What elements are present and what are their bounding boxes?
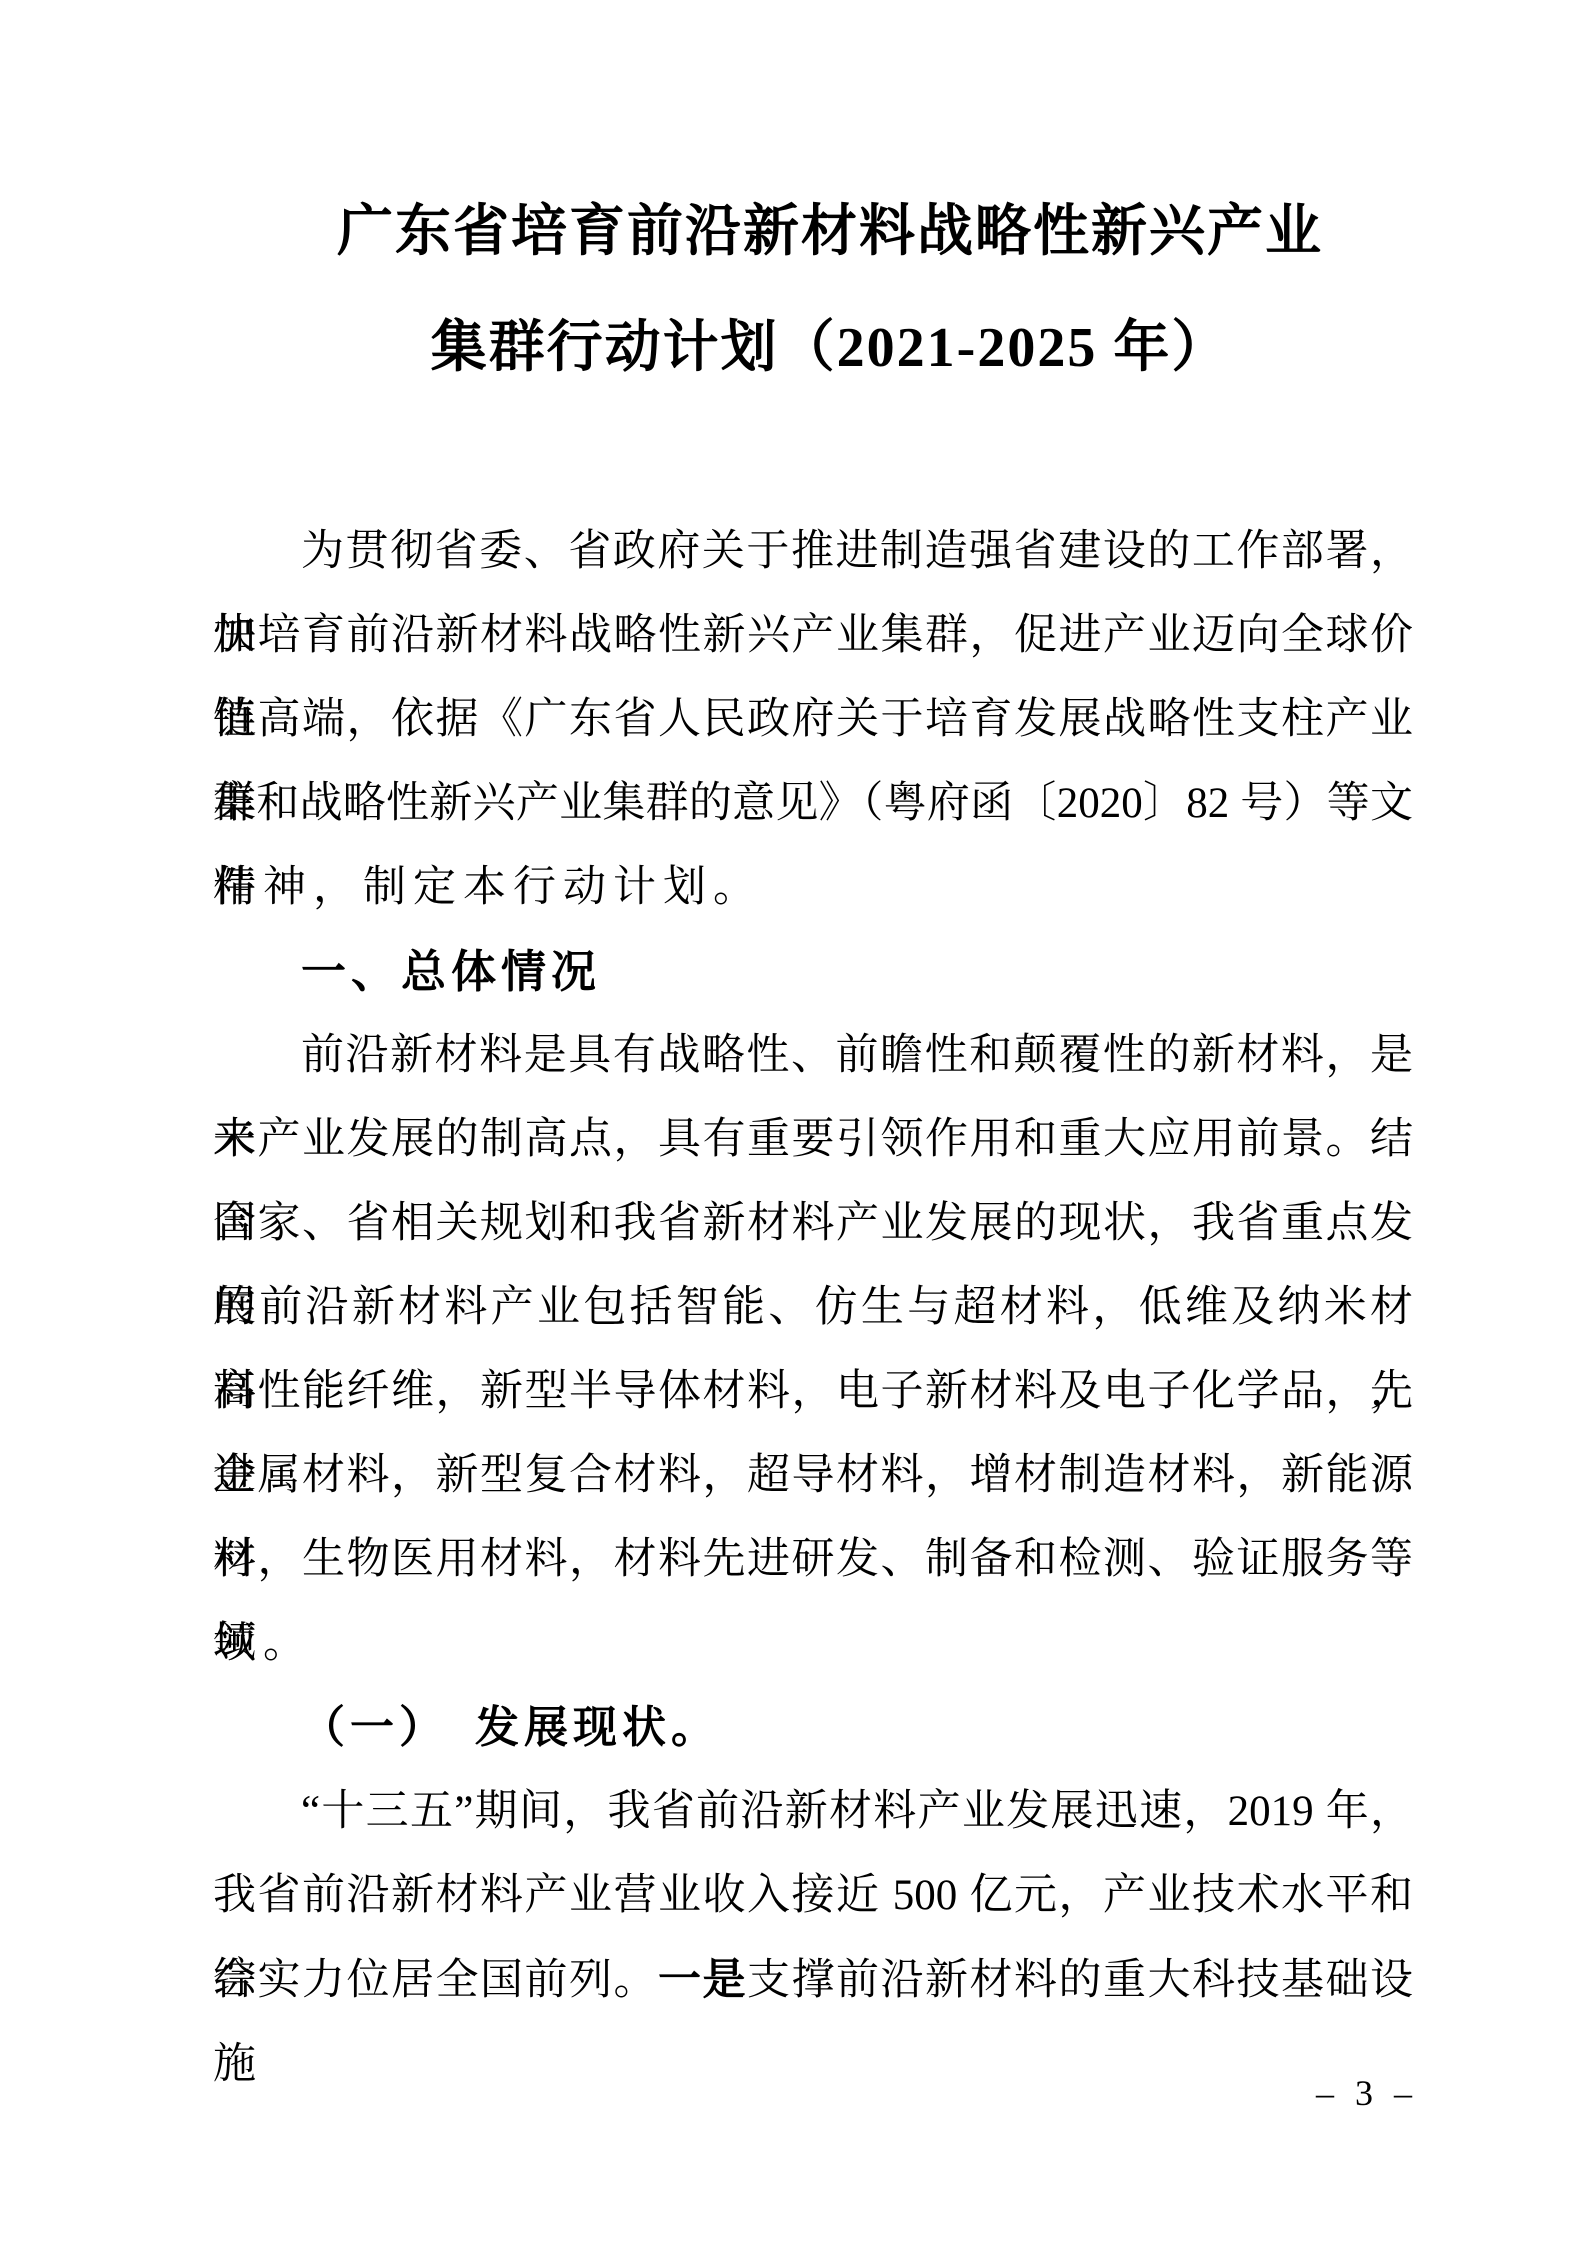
body-line-bold-segment: 一是 <box>658 1955 747 2005</box>
body-line: 高性能纤维，新型半导体材料，电子新材料及电子化学品，先进 <box>213 1350 1413 1434</box>
body-line: 链高端，依据《广东省人民政府关于培育发展战略性支柱产业集 <box>213 678 1413 762</box>
body-line: 为贯彻省委、省政府关于推进制造强省建设的工作部署，加 <box>213 510 1413 594</box>
document-title: 广东省培育前沿新材料战略性新兴产业 集群行动计划（2021-2025 年） <box>230 174 1430 406</box>
body-line: 快培育前沿新材料战略性新兴产业集群，促进产业迈向全球价值 <box>213 594 1413 678</box>
subsection-heading-development-status: （一） 发展现状。 <box>213 1686 1413 1770</box>
body-line: 金属材料，新型复合材料，超导材料，增材制造材料，新能源材 <box>213 1434 1413 1518</box>
title-line-2: 集群行动计划（2021-2025 年） <box>230 290 1430 406</box>
body-line: 合实力位居全国前列。一是支撑前沿新材料的重大科技基础设施 <box>213 1938 1413 2022</box>
section-heading-overall-situation: 一、总体情况 <box>213 930 1413 1014</box>
body-line: 国家、省相关规划和我省新材料产业发展的现状，我省重点发展 <box>213 1182 1413 1266</box>
body-line: 来产业发展的制高点，具有重要引领作用和重大应用前景。结合 <box>213 1098 1413 1182</box>
document-body: 为贯彻省委、省政府关于推进制造强省建设的工作部署，加 快培育前沿新材料战略性新兴… <box>213 510 1413 2022</box>
body-line: “十三五”期间，我省前沿新材料产业发展迅速，2019 年， <box>213 1770 1413 1854</box>
document-page: 广东省培育前沿新材料战略性新兴产业 集群行动计划（2021-2025 年） 为贯… <box>0 0 1587 2245</box>
body-line: 域。 <box>213 1602 1413 1686</box>
body-line: 的前沿新材料产业包括智能、仿生与超材料，低维及纳米材料， <box>213 1266 1413 1350</box>
body-line: 前沿新材料是具有战略性、前瞻性和颠覆性的新材料，是未 <box>213 1014 1413 1098</box>
body-line: 群和战略性新兴产业集群的意见》（粤府函〔2020〕82 号）等文件 <box>213 762 1413 846</box>
body-line: 精神，制定本行动计划。 <box>213 846 1413 930</box>
body-line: 料，生物医用材料，材料先进研发、制备和检测、验证服务等领 <box>213 1518 1413 1602</box>
page-number: – 3 – <box>1316 2072 1418 2114</box>
title-line-1: 广东省培育前沿新材料战略性新兴产业 <box>230 174 1430 290</box>
body-line-segment: 合实力位居全国前列。 <box>213 1957 658 2004</box>
body-line: 我省前沿新材料产业营业收入接近 500 亿元，产业技术水平和综 <box>213 1854 1413 1938</box>
